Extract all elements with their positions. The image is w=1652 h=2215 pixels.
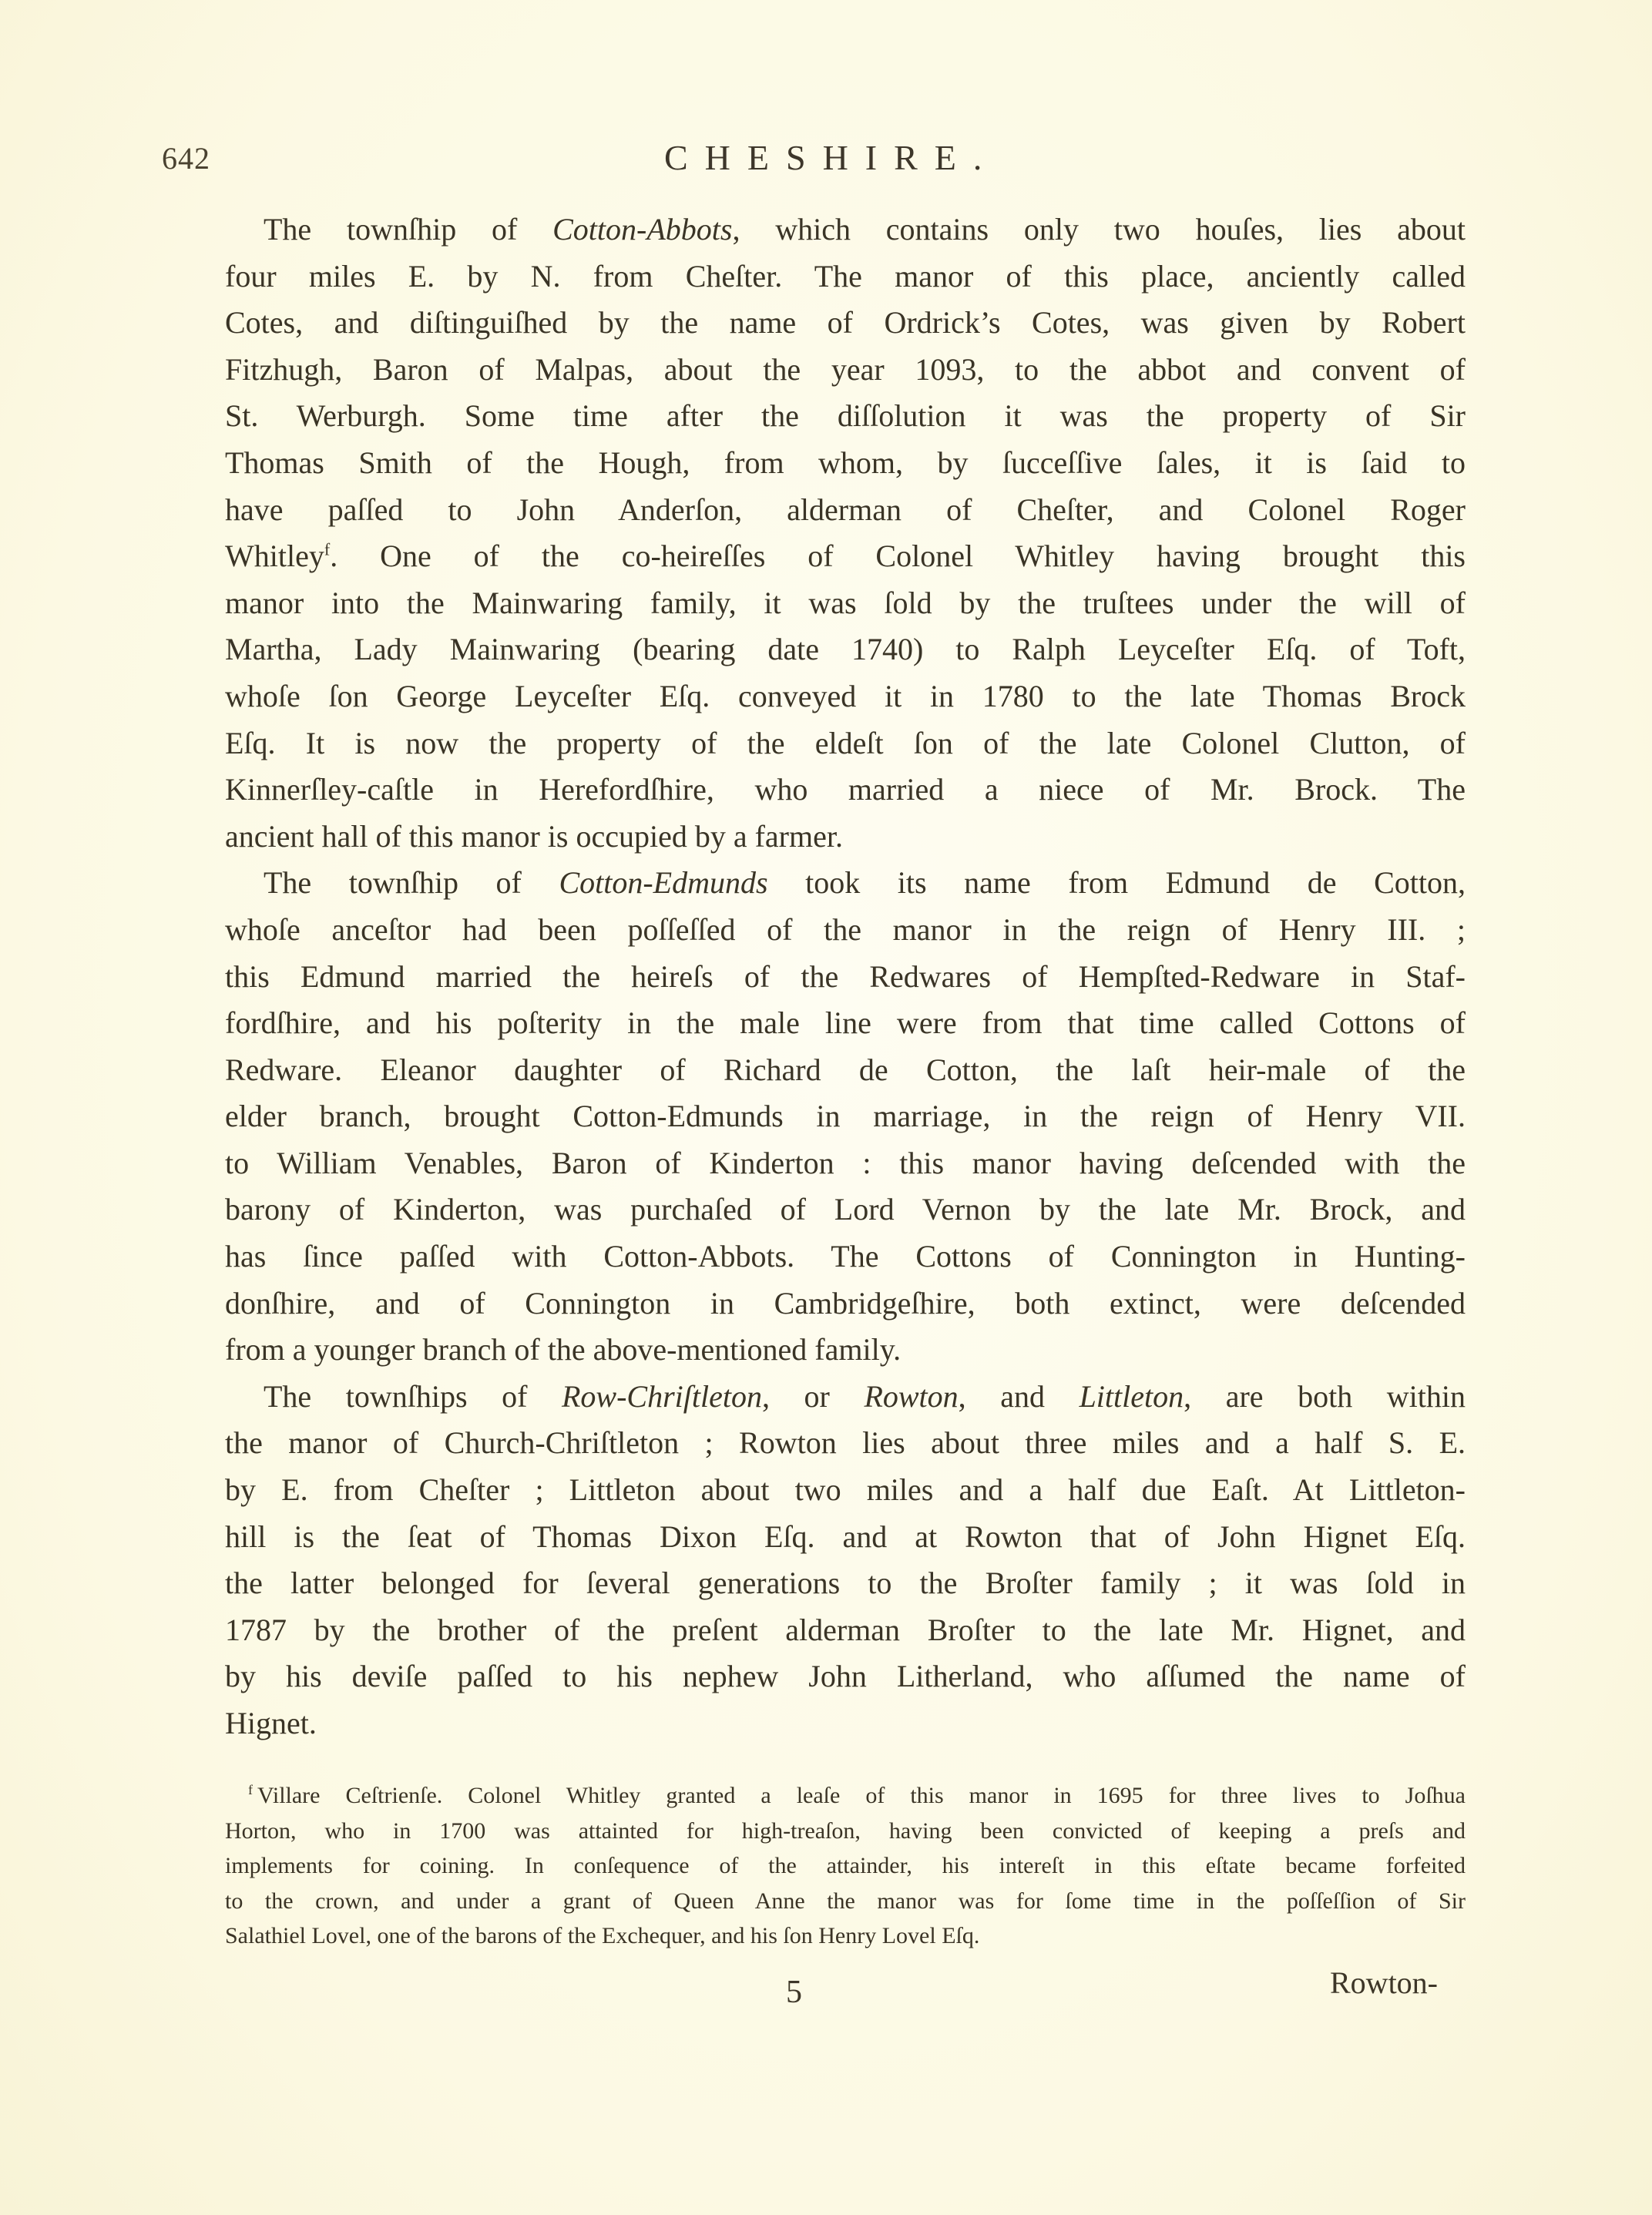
paragraph: The townſhip of Cotton-Abbots, which con…	[225, 206, 1466, 860]
text-segment: the manor of Church-Chriſtleton ; Rowton…	[225, 1425, 1466, 1460]
text-line: Kinnerſley-caſtle in Herefordſhire, who …	[225, 767, 1466, 814]
text-line: the latter belonged for ſeveral generati…	[225, 1560, 1466, 1607]
text-line: by E. from Cheſter ; Littleton about two…	[225, 1467, 1466, 1514]
footnote-text: Salathiel Lovel, one of the barons of th…	[225, 1923, 979, 1948]
text-segment: donſhire, and of Connington in Cambridge…	[225, 1286, 1466, 1321]
text-segment: hill is the ſeat of Thomas Dixon Eſq. an…	[225, 1519, 1466, 1554]
text-line: Cotes, and diſtinguiſhed by the name of …	[225, 300, 1466, 347]
text-segment: has ſince paſſed with Cotton-Abbots. The…	[225, 1239, 1466, 1274]
catchword: Rowton-	[1330, 1965, 1438, 2001]
footnote-mark: f	[248, 1782, 253, 1797]
text-line: whoſe anceſtor had been poſſeſſed of the…	[225, 907, 1466, 954]
footnote-block: fVillare Ceſtrienſe. Colonel Whitley gra…	[225, 1778, 1466, 1954]
text-segment: ancient hall of this manor is occupied b…	[225, 819, 843, 854]
text-segment: Cotes, and diſtinguiſhed by the name of …	[225, 305, 1466, 340]
text-line: this Edmund married the heireſs of the R…	[225, 954, 1466, 1001]
place-name: Row-Chriſtleton	[562, 1379, 762, 1414]
text-line: to William Venables, Baron of Kinderton …	[225, 1140, 1466, 1187]
place-name: Cotton-Abbots	[552, 212, 732, 247]
text-line: Fitzhugh, Baron of Malpas, about the yea…	[225, 347, 1466, 394]
text-segment: this Edmund married the heireſs of the R…	[225, 959, 1466, 994]
text-segment: from a younger branch of the above-menti…	[225, 1332, 901, 1367]
text-line: barony of Kinderton, was purchaſed of Lo…	[225, 1186, 1466, 1233]
footnote-line: Salathiel Lovel, one of the barons of th…	[225, 1918, 1466, 1954]
text-line: 1787 by the brother of the preſent alder…	[225, 1607, 1466, 1654]
text-line: donſhire, and of Connington in Cambridge…	[225, 1280, 1466, 1327]
footnote-line: implements for coining. In conſequence o…	[225, 1848, 1466, 1884]
text-segment: The townſhips of	[264, 1379, 562, 1414]
running-title: CHESHIRE.	[664, 137, 999, 178]
text-segment: Fitzhugh, Baron of Malpas, about the yea…	[225, 352, 1466, 387]
footnote-line: fVillare Ceſtrienſe. Colonel Whitley gra…	[225, 1778, 1466, 1814]
text-segment: the latter belonged for ſeveral generati…	[225, 1566, 1466, 1600]
text-segment: fordſhire, and his poſterity in the male…	[225, 1005, 1466, 1040]
text-line: Thomas Smith of the Hough, from whom, by…	[225, 440, 1466, 487]
text-line: fordſhire, and his poſterity in the male…	[225, 1000, 1466, 1047]
text-segment: four miles E. by N. from Cheſter. The ma…	[225, 259, 1466, 294]
text-segment: . One of the co-heireſſes of Colonel Whi…	[330, 539, 1466, 573]
text-segment: , or	[762, 1379, 864, 1414]
text-segment: barony of Kinderton, was purchaſed of Lo…	[225, 1192, 1466, 1227]
text-line: four miles E. by N. from Cheſter. The ma…	[225, 253, 1466, 300]
text-line: elder branch, brought Cotton-Edmunds in …	[225, 1093, 1466, 1140]
text-segment: Hignet.	[225, 1706, 317, 1740]
text-segment: The townſhip of	[264, 212, 552, 247]
text-segment: , which contains only two houſes, lies a…	[732, 212, 1466, 247]
footnote-text: implements for coining. In conſequence o…	[225, 1853, 1466, 1878]
text-segment: , and	[959, 1379, 1080, 1414]
footnote-text: to the crown, and under a grant of Queen…	[225, 1888, 1466, 1914]
text-line: hill is the ſeat of Thomas Dixon Eſq. an…	[225, 1514, 1466, 1561]
body-text: The townſhip of Cotton-Abbots, which con…	[225, 206, 1466, 1747]
text-segment: by his deviſe paſſed to his nephew John …	[225, 1659, 1466, 1693]
text-segment: St. Werburgh. Some time after the diſſol…	[225, 398, 1466, 433]
text-line: Whitleyf. One of the co-heireſſes of Col…	[225, 533, 1466, 580]
text-segment: Redware. Eleanor daughter of Richard de …	[225, 1052, 1466, 1087]
signature-mark: 5	[786, 1974, 802, 2011]
text-line: Eſq. It is now the property of the eldeſ…	[225, 720, 1466, 767]
place-name: Rowton	[864, 1379, 958, 1414]
place-name: Littleton	[1080, 1379, 1184, 1414]
place-name: Cotton-Edmunds	[559, 865, 767, 900]
text-line: manor into the Mainwaring family, it was…	[225, 580, 1466, 627]
text-segment: to William Venables, Baron of Kinderton …	[225, 1146, 1466, 1180]
text-line: from a younger branch of the above-menti…	[225, 1327, 1466, 1374]
footnote-line: Horton, who in 1700 was attainted for hi…	[225, 1814, 1466, 1849]
text-segment: The townſhip of	[264, 865, 559, 900]
text-line: The townſhip of Cotton-Edmunds took its …	[225, 860, 1466, 907]
text-segment: took its name from Edmund de Cotton,	[768, 865, 1466, 900]
text-line: Redware. Eleanor daughter of Richard de …	[225, 1047, 1466, 1094]
footnote-text: Horton, who in 1700 was attainted for hi…	[225, 1818, 1466, 1844]
book-page: 642 CHESHIRE. The townſhip of Cotton-Abb…	[0, 0, 1652, 2215]
text-line: St. Werburgh. Some time after the diſſol…	[225, 393, 1466, 440]
footnote-line: to the crown, and under a grant of Queen…	[225, 1884, 1466, 1919]
text-segment: have paſſed to John Anderſon, alderman o…	[225, 492, 1466, 527]
page-number: 642	[162, 140, 210, 176]
text-line: ancient hall of this manor is occupied b…	[225, 814, 1466, 861]
text-line: The townſhip of Cotton-Abbots, which con…	[225, 206, 1466, 253]
footnote-text: Villare Ceſtrienſe. Colonel Whitley gran…	[257, 1783, 1466, 1808]
text-segment: Eſq. It is now the property of the eldeſ…	[225, 726, 1466, 760]
text-line: the manor of Church-Chriſtleton ; Rowton…	[225, 1420, 1466, 1467]
text-segment: manor into the Mainwaring family, it was…	[225, 586, 1466, 620]
text-line: has ſince paſſed with Cotton-Abbots. The…	[225, 1233, 1466, 1280]
paragraph: The townſhip of Cotton-Edmunds took its …	[225, 860, 1466, 1374]
text-line: by his deviſe paſſed to his nephew John …	[225, 1653, 1466, 1700]
text-segment: whoſe ſon George Leyceſter Eſq. conveyed…	[225, 679, 1466, 713]
text-line: Martha, Lady Mainwaring (bearing date 17…	[225, 626, 1466, 673]
text-line: Hignet.	[225, 1700, 1466, 1747]
text-segment: by E. from Cheſter ; Littleton about two…	[225, 1472, 1466, 1507]
text-segment: Kinnerſley-caſtle in Herefordſhire, who …	[225, 772, 1466, 807]
text-segment: Whitley	[225, 539, 324, 573]
text-line: have paſſed to John Anderſon, alderman o…	[225, 487, 1466, 534]
text-segment: Martha, Lady Mainwaring (bearing date 17…	[225, 632, 1466, 666]
text-segment: Thomas Smith of the Hough, from whom, by…	[225, 445, 1466, 480]
paragraph: The townſhips of Row-Chriſtleton, or Row…	[225, 1374, 1466, 1747]
text-segment: , are both within	[1184, 1379, 1466, 1414]
text-segment: elder branch, brought Cotton-Edmunds in …	[225, 1099, 1466, 1133]
running-head: 642 CHESHIRE.	[162, 140, 1456, 186]
text-segment: whoſe anceſtor had been poſſeſſed of the…	[225, 912, 1466, 947]
text-line: The townſhips of Row-Chriſtleton, or Row…	[225, 1374, 1466, 1421]
text-line: whoſe ſon George Leyceſter Eſq. conveyed…	[225, 673, 1466, 720]
text-segment: 1787 by the brother of the preſent alder…	[225, 1613, 1466, 1647]
